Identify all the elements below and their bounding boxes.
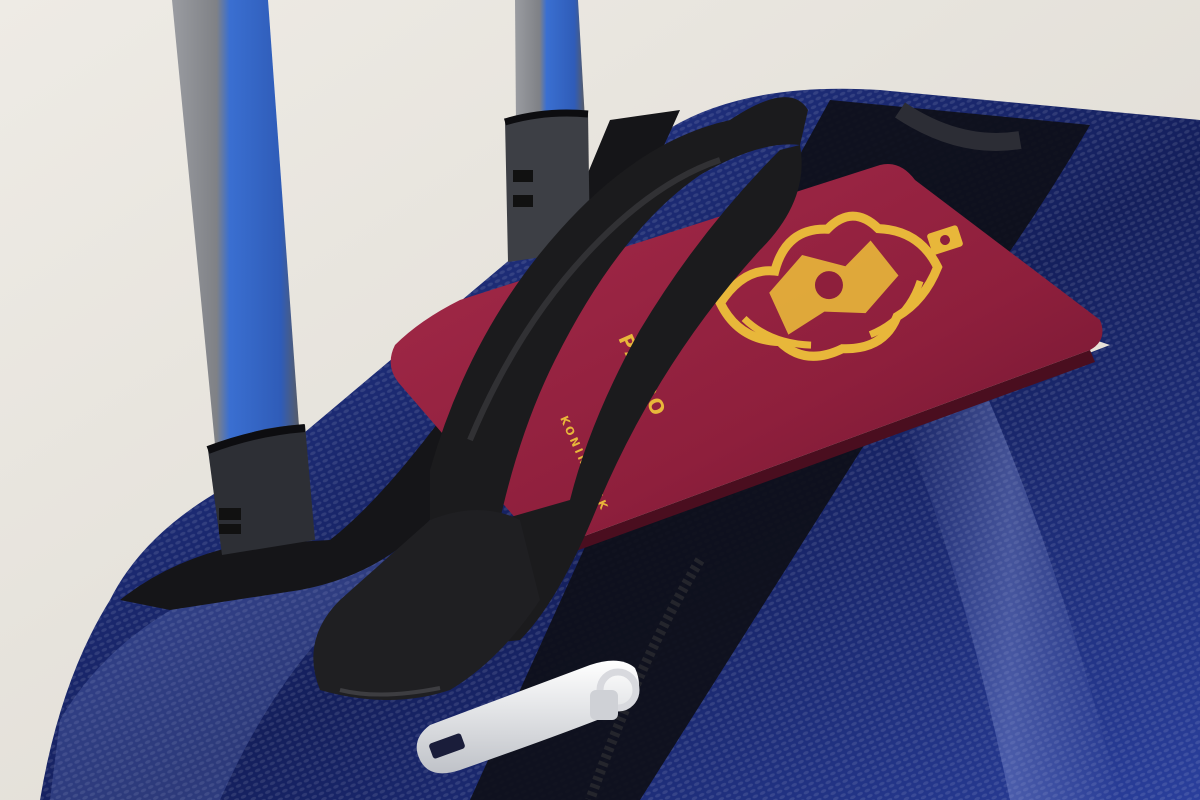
suitcase-passport-photo: PASPO KONINKRIJK xyxy=(0,0,1200,800)
photo-scene: PASPO KONINKRIJK xyxy=(0,0,1200,800)
